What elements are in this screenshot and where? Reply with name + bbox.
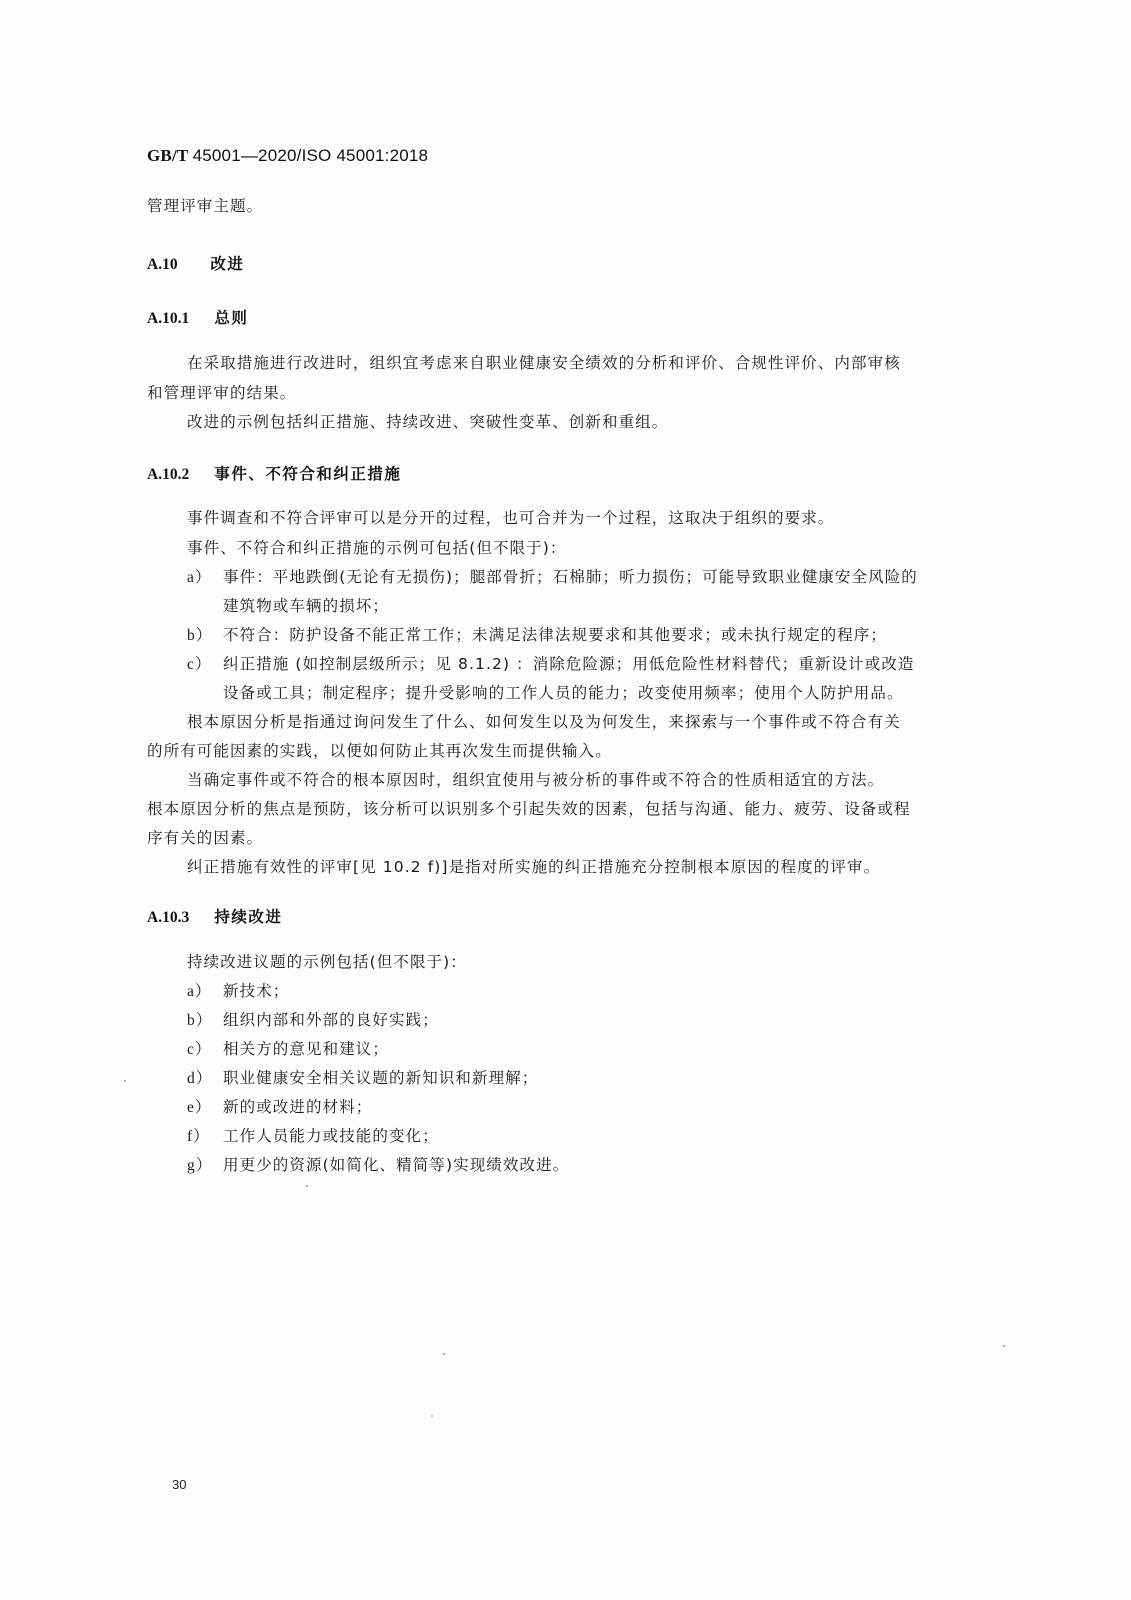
list-item-text: 相关方的意见和建议； xyxy=(223,1040,389,1058)
list-item-text: 新技术； xyxy=(223,982,289,1000)
paragraph-line: 根本原因分析是指通过询问发生了什么、如何发生以及为何发生，来探索与一个事件或不符… xyxy=(187,711,901,733)
list-item-text: 事件：平地跌倒(无论有无损伤)；腿部骨折；石棉肺；听力损伤；可能导致职业健康安全… xyxy=(223,568,918,586)
list-item-text: 新的或改进的材料； xyxy=(223,1098,372,1116)
scan-speck xyxy=(443,1353,445,1355)
standard-header: GB/T 45001—2020/ISO 45001:2018 xyxy=(147,146,428,166)
list-item: b）组织内部和外部的良好实践； xyxy=(187,1009,439,1032)
section-number: A.10.1 xyxy=(147,308,209,330)
section-title: 事件、不符合和纠正措施 xyxy=(214,465,401,483)
paragraph-line: 事件调查和不符合评审可以是分开的过程，也可合并为一个过程，这取决于组织的要求。 xyxy=(187,507,834,529)
scan-speck xyxy=(306,1185,308,1187)
list-marker: b） xyxy=(187,1010,223,1032)
list-item: e）新的或改进的材料； xyxy=(187,1096,372,1119)
list-marker: b） xyxy=(187,625,223,647)
section-title: 持续改进 xyxy=(214,908,282,926)
list-marker: c） xyxy=(187,1039,223,1061)
section-heading-a10: A.10 改进 xyxy=(147,253,244,276)
list-item-text: 纠正措施 (如控制层级所示；见 8.1.2) ：消除危险源；用低危险性材料替代；… xyxy=(223,655,915,673)
list-marker: a） xyxy=(187,981,223,1003)
paragraph-line: 在采取措施进行改进时，组织宜考虑来自职业健康安全绩效的分析和评价、合规性评价、内… xyxy=(187,352,901,374)
list-marker: c） xyxy=(187,654,223,676)
list-item-text: 不符合：防护设备不能正常工作；未满足法律法规要求和其他要求；或未执行规定的程序； xyxy=(223,626,887,644)
list-item: g）用更少的资源(如简化、精简等)实现绩效改进。 xyxy=(187,1154,569,1177)
list-item: d）职业健康安全相关议题的新知识和新理解； xyxy=(187,1067,538,1090)
section-number: A.10.2 xyxy=(147,464,209,486)
section-heading-a10-2: A.10.2 事件、不符合和纠正措施 xyxy=(147,463,401,486)
page-number: 30 xyxy=(172,1477,186,1492)
list-marker: e） xyxy=(187,1097,223,1119)
scan-speck xyxy=(124,1080,126,1082)
section-title: 总则 xyxy=(214,309,248,327)
list-item-text: 职业健康安全相关议题的新知识和新理解； xyxy=(223,1069,538,1087)
paragraph-line: 的所有可能因素的实践，以便如何防止其再次发生而提供输入。 xyxy=(147,740,612,762)
document-page: GB/T 45001—2020/ISO 45001:2018 管理评审主题。 A… xyxy=(0,0,1131,1600)
list-item-text: 组织内部和外部的良好实践； xyxy=(223,1011,439,1029)
paragraph-line: 当确定事件或不符合的根本原因时，组织宜使用与被分析的事件或不符合的性质相适宜的方… xyxy=(187,769,884,791)
list-marker: g） xyxy=(187,1155,223,1177)
list-item: f）工作人员能力或技能的变化； xyxy=(187,1125,439,1148)
list-item-continuation: 设备或工具；制定程序；提升受影响的工作人员的能力；改变使用频率；使用个人防护用品… xyxy=(223,682,904,704)
standard-prefix: GB/T xyxy=(147,146,188,165)
section-title: 改进 xyxy=(210,255,244,273)
section-heading-a10-3: A.10.3 持续改进 xyxy=(147,906,282,929)
section-number: A.10.3 xyxy=(147,907,209,929)
list-item: c）相关方的意见和建议； xyxy=(187,1038,389,1061)
paragraph-line: 纠正措施有效性的评审[见 10.2 f)]是指对所实施的纠正措施充分控制根本原因… xyxy=(187,856,880,878)
paragraph-line: 改进的示例包括纠正措施、持续改进、突破性变革、创新和重组。 xyxy=(187,411,668,433)
list-item: a）新技术； xyxy=(187,980,289,1003)
list-item: a）事件：平地跌倒(无论有无损伤)；腿部骨折；石棉肺；听力损伤；可能导致职业健康… xyxy=(187,566,918,589)
list-marker: a） xyxy=(187,567,223,589)
standard-id: 45001—2020/ISO 45001:2018 xyxy=(193,146,429,165)
list-marker: d） xyxy=(187,1068,223,1090)
scan-speck xyxy=(1003,1345,1005,1347)
intro-line: 管理评审主题。 xyxy=(147,195,263,217)
paragraph-line: 根本原因分析的焦点是预防，该分析可以识别多个引起失效的因素，包括与沟通、能力、疲… xyxy=(147,798,911,820)
list-item: b）不符合：防护设备不能正常工作；未满足法律法规要求和其他要求；或未执行规定的程… xyxy=(187,624,887,647)
paragraph-line: 序有关的因素。 xyxy=(147,827,263,849)
list-item-text: 用更少的资源(如简化、精简等)实现绩效改进。 xyxy=(223,1156,569,1174)
list-item-text: 工作人员能力或技能的变化； xyxy=(223,1127,439,1145)
list-item-continuation: 建筑物或车辆的损坏； xyxy=(223,595,389,617)
paragraph-line: 事件、不符合和纠正措施的示例可包括(但不限于)： xyxy=(187,537,567,559)
list-marker: f） xyxy=(187,1126,223,1148)
section-number: A.10 xyxy=(147,254,205,276)
scan-speck xyxy=(431,1415,433,1417)
paragraph-line: 和管理评审的结果。 xyxy=(147,382,296,404)
section-heading-a10-1: A.10.1 总则 xyxy=(147,307,248,330)
paragraph-line: 持续改进议题的示例包括(但不限于)： xyxy=(187,951,467,973)
list-item: c）纠正措施 (如控制层级所示；见 8.1.2) ：消除危险源；用低危险性材料替… xyxy=(187,653,915,676)
